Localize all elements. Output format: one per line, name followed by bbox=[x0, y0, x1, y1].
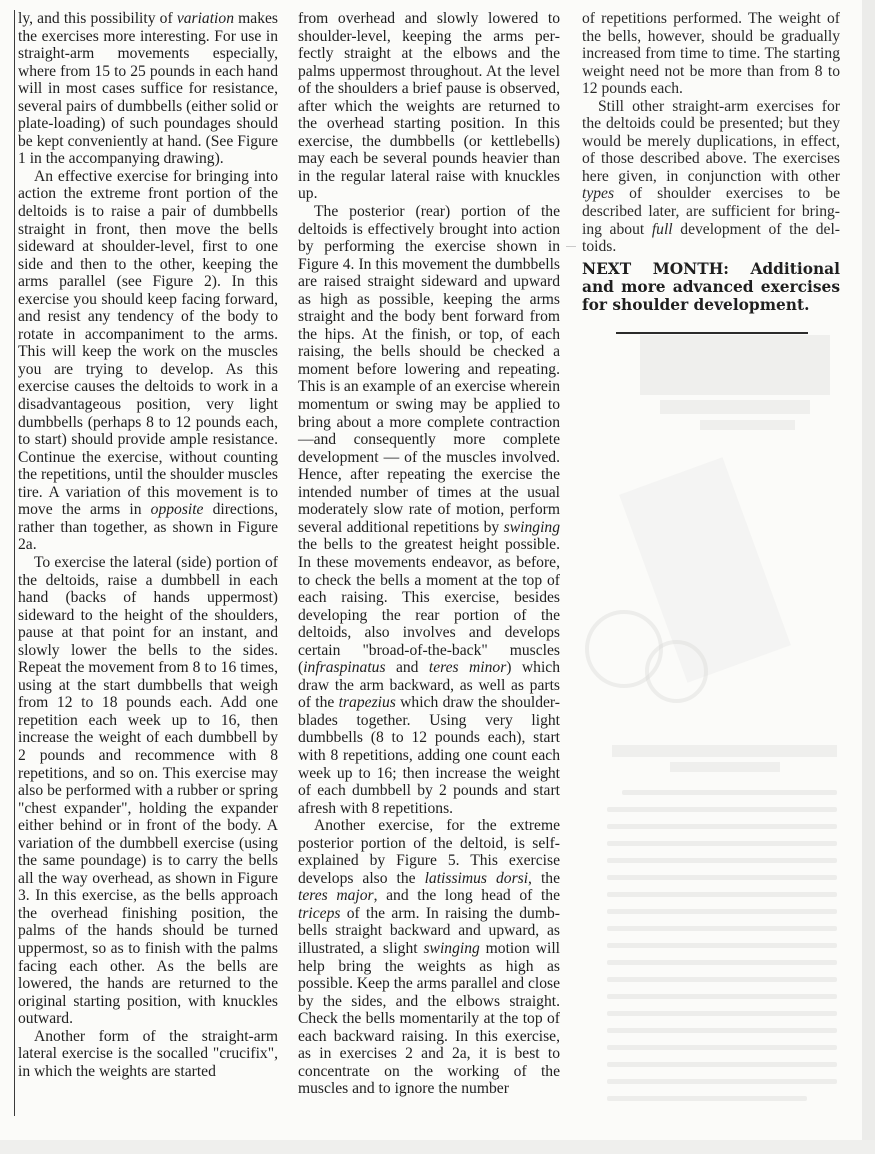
italic-term: full bbox=[652, 221, 673, 238]
paragraph: To exercise the lateral (side) por­tion … bbox=[18, 554, 278, 1028]
italic-term: opposite bbox=[151, 501, 204, 518]
paragraph: An effective exercise for bringing in­to… bbox=[18, 168, 278, 554]
paragraph: Another form of the straight-arm lateral… bbox=[18, 1028, 278, 1081]
text-run: from overhead and slowly lowered to shou… bbox=[298, 10, 560, 202]
italic-term: swinging bbox=[423, 940, 479, 957]
end-rule bbox=[616, 332, 808, 334]
italic-term: triceps bbox=[298, 905, 340, 922]
text-run: To exercise the lateral (side) por­tion … bbox=[18, 554, 278, 1027]
italic-term: teres minor bbox=[429, 659, 506, 676]
text-run: and bbox=[386, 659, 429, 676]
left-border-rule bbox=[14, 10, 15, 1116]
scanned-page: ly, and this possibility of variation ma… bbox=[0, 0, 862, 1140]
italic-term: latissimus dorsi bbox=[425, 870, 528, 887]
text-run: motion will help bring the weights as hi… bbox=[298, 940, 560, 1097]
text-column-1: ly, and this possibility of variation ma… bbox=[18, 10, 278, 1080]
text-run: makes the exercises more interesting. Fo… bbox=[18, 10, 278, 167]
text-run: An effective exercise for bringing in­to… bbox=[18, 168, 278, 518]
italic-term: infraspinatus bbox=[303, 659, 385, 676]
column-mark bbox=[566, 246, 576, 247]
italic-term: swinging bbox=[504, 519, 560, 536]
text-run: of repetitions performed. The weight of … bbox=[582, 10, 840, 97]
italic-term: variation bbox=[177, 10, 234, 27]
paragraph: Another exercise, for the extreme poster… bbox=[298, 817, 560, 1098]
next-month-notice: NEXT MONTH: Additional and more advanced… bbox=[582, 260, 840, 314]
text-column-2: from overhead and slowly lowered to shou… bbox=[298, 10, 560, 1098]
scanner-bed-right bbox=[862, 0, 875, 1154]
scanner-bed-bottom bbox=[0, 1140, 875, 1154]
text-run: ly, and this possibility of bbox=[18, 10, 177, 27]
italic-term: teres major bbox=[298, 887, 374, 904]
text-run: Still other straight-arm exercises for t… bbox=[582, 98, 840, 185]
paragraph: of repetitions performed. The weight of … bbox=[582, 10, 840, 98]
text-run: the bells to the greatest height possibl… bbox=[298, 536, 560, 676]
text-run: , and the long head of the bbox=[374, 887, 560, 904]
text-run: , the bbox=[528, 870, 560, 887]
text-column-3: of repetitions performed. The weight of … bbox=[582, 10, 840, 334]
paragraph: ly, and this possibility of variation ma… bbox=[18, 10, 278, 168]
paragraph: The posterior (rear) portion of the delt… bbox=[298, 203, 560, 817]
paragraph: from overhead and slowly lowered to shou… bbox=[298, 10, 560, 203]
text-run: Another form of the straight-arm lateral… bbox=[18, 1028, 278, 1080]
italic-term: trape­zius bbox=[339, 694, 396, 711]
text-run: The posterior (rear) portion of the delt… bbox=[298, 203, 560, 536]
paragraph: Still other straight-arm exercises for t… bbox=[582, 98, 840, 256]
italic-term: types bbox=[582, 185, 614, 202]
column-3-paragraphs: of repetitions performed. The weight of … bbox=[582, 10, 840, 256]
text-run: which draw the shoulder-blades to­gether… bbox=[298, 694, 560, 816]
